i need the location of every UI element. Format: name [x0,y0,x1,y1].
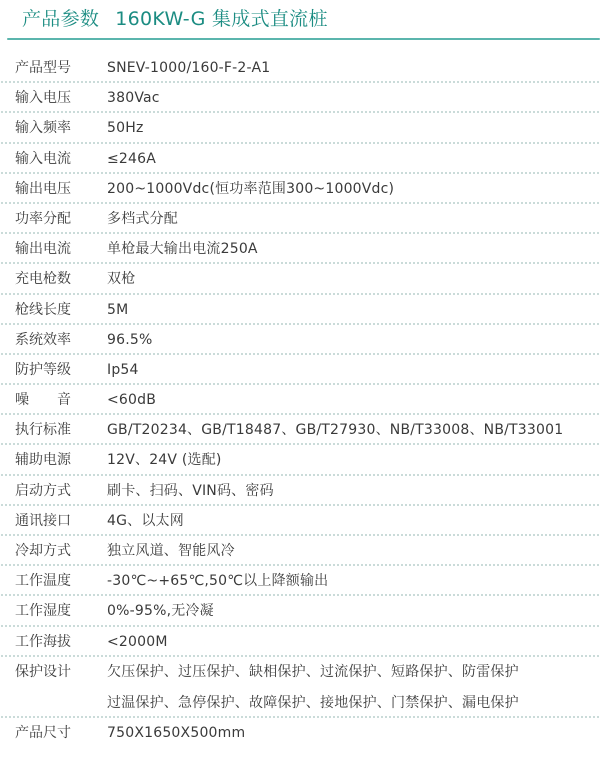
spec-row-cable-length: 枪线长度 5M [0,295,600,325]
title-product-name: 160KW-G 集成式直流桩 [115,8,328,30]
spec-row-protection-rating: 防护等级 Ip54 [0,355,600,385]
spec-row-operating-temperature: 工作温度 -30℃~+65℃,50℃以上降额输出 [0,566,600,596]
spec-value: 单枪最大输出电流250A [107,239,600,259]
spec-value-line: 过温保护、急停保护、故障保护、接地保护、门禁保护、漏电保护 [107,693,600,713]
spec-value: 独立风道、智能风冷 [107,541,600,561]
spec-value: 4G、以太网 [107,511,600,531]
spec-row-output-current: 输出电流 单枪最大输出电流250A [0,234,600,264]
spec-row-input-current: 输入电流 ≤246A [0,144,600,174]
spec-label: 通讯接口 [0,511,107,531]
spec-value-line: 欠压保护、过压保护、缺相保护、过流保护、短路保护、防雷保护 [107,662,600,682]
spec-value: <60dB [107,390,600,410]
spec-label: 工作湿度 [0,601,107,621]
page-title: 产品参数160KW-G 集成式直流桩 [22,7,328,31]
title-prefix: 产品参数 [22,8,99,30]
spec-value: 96.5% [107,330,600,350]
spec-value: 50Hz [107,118,600,138]
spec-row-model: 产品型号 SNEV-1000/160-F-2-A1 [0,53,600,83]
spec-value: Ip54 [107,360,600,380]
spec-label: 工作海拔 [0,632,107,652]
spec-table: 产品型号 SNEV-1000/160-F-2-A1 输入电压 380Vac 输入… [0,53,600,748]
spec-row-dimensions: 产品尺寸 750X1650X500mm [0,718,600,748]
spec-value: 12V、24V (选配) [107,450,600,470]
spec-value: 750X1650X500mm [107,723,600,743]
spec-row-power-distribution: 功率分配 多档式分配 [0,204,600,234]
spec-label: 执行标准 [0,420,107,440]
spec-value: 双枪 [107,269,600,289]
spec-label: 输入电流 [0,149,107,169]
spec-row-efficiency: 系统效率 96.5% [0,325,600,355]
spec-label: 辅助电源 [0,450,107,470]
spec-value: 刷卡、扫码、VIN码、密码 [107,481,600,501]
spec-label: 噪 音 [0,390,71,410]
spec-value: 0%-95%,无冷凝 [107,601,600,621]
spec-value: SNEV-1000/160-F-2-A1 [107,58,600,78]
spec-label: 工作温度 [0,571,107,591]
spec-row-gun-count: 充电枪数 双枪 [0,264,600,294]
spec-value: 欠压保护、过压保护、缺相保护、过流保护、短路保护、防雷保护 过温保护、急停保护、… [107,662,600,713]
page-header: 产品参数160KW-G 集成式直流桩 [0,0,600,40]
spec-label: 冷却方式 [0,541,107,561]
spec-label: 防护等级 [0,360,107,380]
spec-value: -30℃~+65℃,50℃以上降额输出 [107,571,600,591]
spec-label: 输出电压 [0,179,107,199]
spec-row-cooling: 冷却方式 独立风道、智能风冷 [0,536,600,566]
spec-value: ≤246A [107,149,600,169]
spec-label: 系统效率 [0,330,107,350]
spec-label-char: 噪 [15,390,29,410]
spec-label: 产品尺寸 [0,723,107,743]
spec-row-aux-power: 辅助电源 12V、24V (选配) [0,445,600,475]
spec-label: 启动方式 [0,481,107,501]
spec-row-operating-humidity: 工作湿度 0%-95%,无冷凝 [0,596,600,626]
spec-label: 充电枪数 [0,269,107,289]
spec-value: GB/T20234、GB/T18487、GB/T27930、NB/T33008、… [107,420,600,440]
spec-row-input-voltage: 输入电压 380Vac [0,83,600,113]
header-divider [7,38,600,40]
spec-row-input-frequency: 输入频率 50Hz [0,113,600,143]
spec-row-output-voltage: 输出电压 200~1000Vdc(恒功率范围300~1000Vdc) [0,174,600,204]
spec-row-noise: 噪 音 <60dB [0,385,600,415]
spec-value: 5M [107,300,600,320]
spec-label-char: 音 [57,390,71,410]
spec-label: 枪线长度 [0,300,107,320]
spec-label: 保护设计 [0,662,107,682]
spec-row-altitude: 工作海拔 <2000M [0,627,600,657]
spec-value: 380Vac [107,88,600,108]
spec-value: 200~1000Vdc(恒功率范围300~1000Vdc) [107,179,600,199]
spec-value: <2000M [107,632,600,652]
spec-label: 输出电流 [0,239,107,259]
spec-row-start-method: 启动方式 刷卡、扫码、VIN码、密码 [0,476,600,506]
spec-row-communication: 通讯接口 4G、以太网 [0,506,600,536]
spec-label: 功率分配 [0,209,107,229]
spec-row-protection-design: 保护设计 欠压保护、过压保护、缺相保护、过流保护、短路保护、防雷保护 过温保护、… [0,657,600,718]
spec-label: 输入电压 [0,88,107,108]
spec-row-standards: 执行标准 GB/T20234、GB/T18487、GB/T27930、NB/T3… [0,415,600,445]
spec-label: 输入频率 [0,118,107,138]
spec-value: 多档式分配 [107,209,600,229]
spec-label: 产品型号 [0,58,107,78]
